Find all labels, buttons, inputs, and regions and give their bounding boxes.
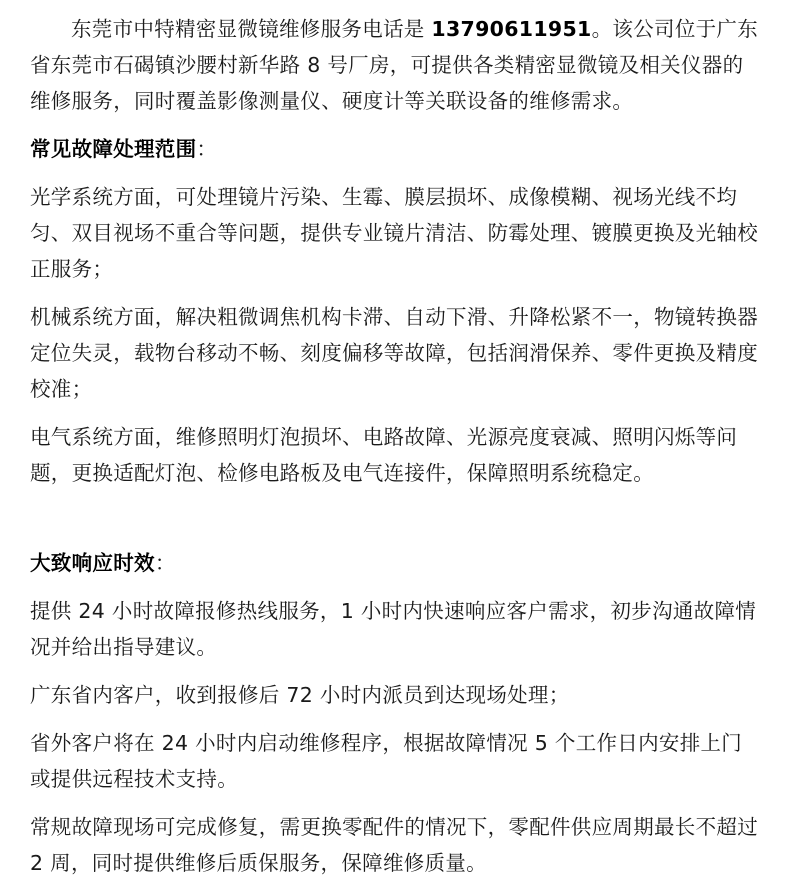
section-spacer bbox=[30, 503, 761, 545]
section-heading-fault-scope: 常见故障处理范围： bbox=[30, 131, 761, 167]
phone-number: 13790611951 bbox=[431, 17, 591, 41]
paragraph-parts-warranty: 常规故障现场可完成修复，需更换零配件的情况下，零配件供应周期最长不超过 2 周，… bbox=[30, 809, 761, 881]
paragraph-mechanical-system: 机械系统方面，解决粗微调焦机构卡滞、自动下滑、升降松紧不一，物镜转换器定位失灵，… bbox=[30, 299, 761, 407]
paragraph-optical-system: 光学系统方面，可处理镜片污染、生霉、膜层损坏、成像模糊、视场光线不均匀、双目视场… bbox=[30, 179, 761, 287]
intro-text-before-phone: 东莞市中特精密显微镜维修服务电话是 bbox=[71, 17, 431, 41]
paragraph-out-of-province: 省外客户将在 24 小时内启动维修程序，根据故障情况 5 个工作日内安排上门或提… bbox=[30, 725, 761, 797]
heading-colon: ： bbox=[155, 551, 176, 575]
paragraph-electrical-system: 电气系统方面，维修照明灯泡损坏、电路故障、光源亮度衰减、照明闪烁等问题，更换适配… bbox=[30, 419, 761, 491]
intro-paragraph: 东莞市中特精密显微镜维修服务电话是 13790611951。该公司位于广东省东莞… bbox=[30, 11, 761, 119]
paragraph-in-province: 广东省内客户，收到报修后 72 小时内派员到达现场处理； bbox=[30, 677, 761, 713]
section-heading-text: 常见故障处理范围 bbox=[30, 137, 196, 161]
section-heading-response-time: 大致响应时效： bbox=[30, 545, 761, 581]
article-body: 东莞市中特精密显微镜维修服务电话是 13790611951。该公司位于广东省东莞… bbox=[0, 0, 791, 881]
section-heading-text: 大致响应时效 bbox=[30, 551, 155, 575]
paragraph-hotline: 提供 24 小时故障报修热线服务，1 小时内快速响应客户需求，初步沟通故障情况并… bbox=[30, 593, 761, 665]
heading-colon: ： bbox=[196, 137, 217, 161]
